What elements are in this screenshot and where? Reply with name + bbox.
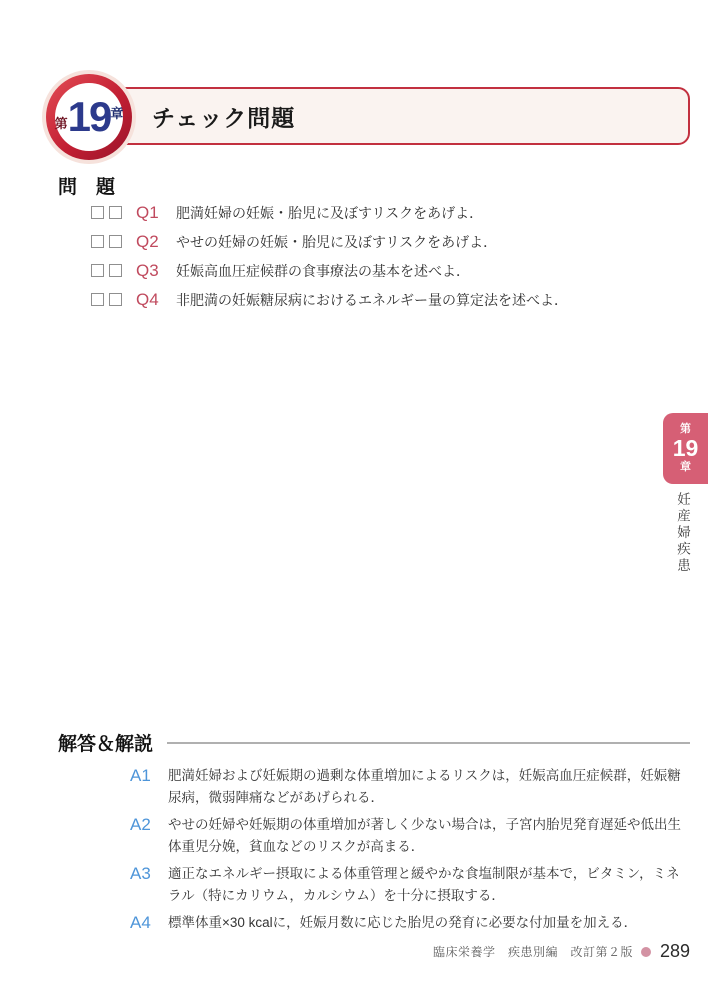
chapter-badge-ring: 第 19 章 [46,74,132,160]
question-checkbox[interactable] [109,206,122,219]
side-tab-chapter-suffix: 章 [680,461,691,474]
question-row: Q1 肥満妊婦の妊娠・胎児に及ぼすリスクをあげよ． [91,202,671,223]
footer-book-title: 臨床栄養学 疾患別編 改訂第２版 [433,943,633,960]
answer-item: A2 やせの妊婦や妊娠期の体重増加が著しく少ない場合は，子宮内胎児発育遅延や低出… [130,814,692,858]
side-tab-chapter-number: 19 [673,436,699,461]
question-checkbox[interactable] [91,206,104,219]
question-label: Q2 [136,232,164,252]
chapter-suffix-label: 章 [110,103,123,122]
question-list: Q1 肥満妊婦の妊娠・胎児に及ぼすリスクをあげよ． Q2 やせの妊婦の妊娠・胎児… [91,202,671,318]
answer-label: A1 [130,765,157,809]
answers-heading-row: 解答＆解説 [58,729,690,756]
answer-label: A2 [130,814,157,858]
chapter-badge-inner: 第 19 章 [55,83,123,151]
answer-label: A3 [130,863,157,907]
question-label: Q1 [136,203,164,223]
side-chapter-tab: 第 19 章 [663,413,708,484]
question-text: 非肥満の妊娠糖尿病におけるエネルギー量の算定法を述べよ． [176,290,568,310]
answer-item: A1 肥満妊婦および妊娠期の過剰な体重増加によるリスクは，妊娠高血圧症候群，妊娠… [130,765,692,809]
question-checkbox[interactable] [91,264,104,277]
question-checkbox[interactable] [109,264,122,277]
question-checkbox[interactable] [91,235,104,248]
question-checkbox[interactable] [109,235,122,248]
side-section-title: 妊産婦疾患 [672,492,692,575]
question-text: やせの妊婦の妊娠・胎児に及ぼすリスクをあげよ． [176,232,497,252]
chapter-number-label: 19 [68,96,111,138]
question-label: Q4 [136,290,164,310]
answer-item: A4 標準体重×30 kcalに，妊娠月数に応じた胎児の発育に必要な付加量を加え… [130,912,692,934]
answer-list: A1 肥満妊婦および妊娠期の過剰な体重増加によるリスクは，妊娠高血圧症候群，妊娠… [130,765,692,939]
question-row: Q2 やせの妊婦の妊娠・胎児に及ぼすリスクをあげよ． [91,231,671,252]
question-row: Q3 妊娠高血圧症候群の食事療法の基本を述べよ． [91,260,671,281]
question-checkbox[interactable] [91,293,104,306]
footer-page-number: 289 [660,941,690,962]
chapter-prefix-label: 第 [55,113,68,132]
answers-heading: 解答＆解説 [58,729,153,756]
question-row: Q4 非肥満の妊娠糖尿病におけるエネルギー量の算定法を述べよ． [91,289,671,310]
answers-heading-rule [167,742,690,744]
questions-heading: 問 題 [58,172,115,199]
footer-dot-icon [641,947,651,957]
answer-text: 適正なエネルギー摂取による体重管理と緩やかな食塩制限が基本で，ビタミン，ミネラル… [168,863,690,907]
side-tab-chapter-prefix: 第 [680,423,691,436]
book-page: チェック問題 第 19 章 問 題 Q1 肥満妊婦の妊娠・胎児に及ぼすリスクをあ… [0,0,708,1000]
answer-label: A4 [130,912,157,934]
question-text: 肥満妊婦の妊娠・胎児に及ぼすリスクをあげよ． [176,203,483,223]
answer-text: 肥満妊婦および妊娠期の過剰な体重増加によるリスクは，妊娠高血圧症候群，妊娠糖尿病… [168,765,690,809]
chapter-title-box: チェック問題 [112,87,690,145]
chapter-number-badge: 第 19 章 [42,70,136,164]
question-checkbox[interactable] [109,293,122,306]
question-text: 妊娠高血圧症候群の食事療法の基本を述べよ． [176,261,470,281]
page-title: チェック問題 [114,100,295,133]
answer-text: やせの妊婦や妊娠期の体重増加が著しく少ない場合は，子宮内胎児発育遅延や低出生体重… [168,814,690,858]
answer-text: 標準体重×30 kcalに，妊娠月数に応じた胎児の発育に必要な付加量を加える． [168,912,690,934]
page-footer: 臨床栄養学 疾患別編 改訂第２版 289 [433,941,690,962]
answer-item: A3 適正なエネルギー摂取による体重管理と緩やかな食塩制限が基本で，ビタミン，ミ… [130,863,692,907]
question-label: Q3 [136,261,164,281]
